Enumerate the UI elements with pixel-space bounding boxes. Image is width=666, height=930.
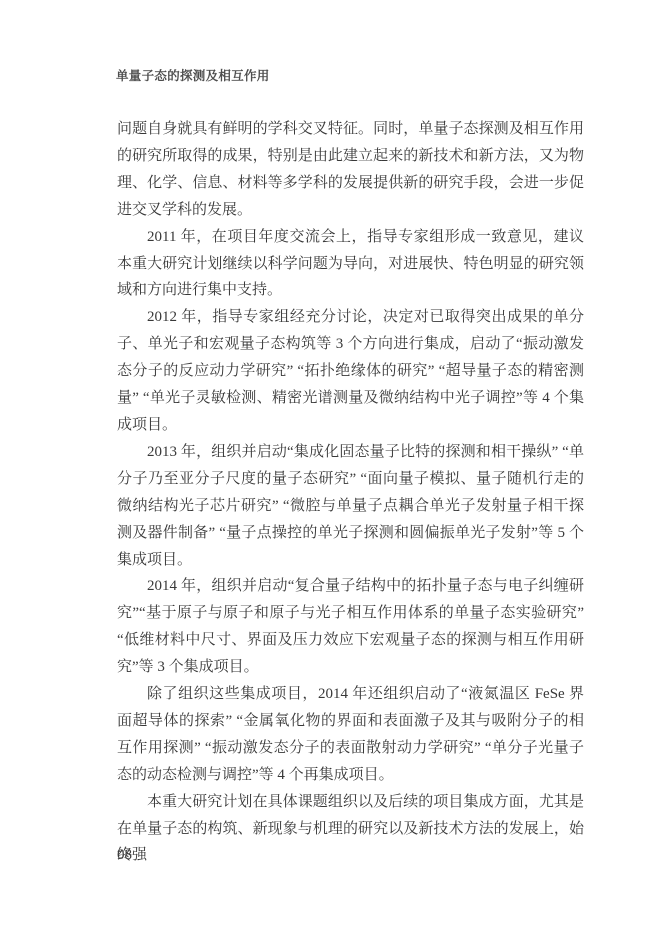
paragraph: 2013 年，组织并启动“集成化固态量子比特的探测和相干操纵” “单分子乃至亚分… <box>117 439 584 574</box>
paragraph: 本重大研究计划在具体课题组织以及后续的项目集成方面，尤其是在单量子态的构筑、新现… <box>117 789 584 870</box>
paragraph: 2014 年，组织并启动“复合量子结构中的拓扑量子态与电子纠缠研究”“基于原子与… <box>117 573 584 681</box>
paragraph: 2012 年，指导专家组经充分讨论，决定对已取得突出成果的单分子、单光子和宏观量… <box>117 304 584 439</box>
paragraph: 除了组织这些集成项目，2014 年还组织启动了“液氮温区 FeSe 界面超导体的… <box>117 681 584 789</box>
body-text: 问题自身就具有鲜明的学科交叉特征。同时，单量子态探测及相互作用的研究所取得的成果… <box>117 116 584 869</box>
page-number: 08 <box>117 847 132 864</box>
paragraph: 问题自身就具有鲜明的学科交叉特征。同时，单量子态探测及相互作用的研究所取得的成果… <box>117 116 584 224</box>
document-page: 单量子态的探测及相互作用 问题自身就具有鲜明的学科交叉特征。同时，单量子态探测及… <box>0 0 666 930</box>
paragraph: 2011 年，在项目年度交流会上，指导专家组形成一致意见，建议本重大研究计划继续… <box>117 224 584 305</box>
running-header: 单量子态的探测及相互作用 <box>116 66 270 84</box>
